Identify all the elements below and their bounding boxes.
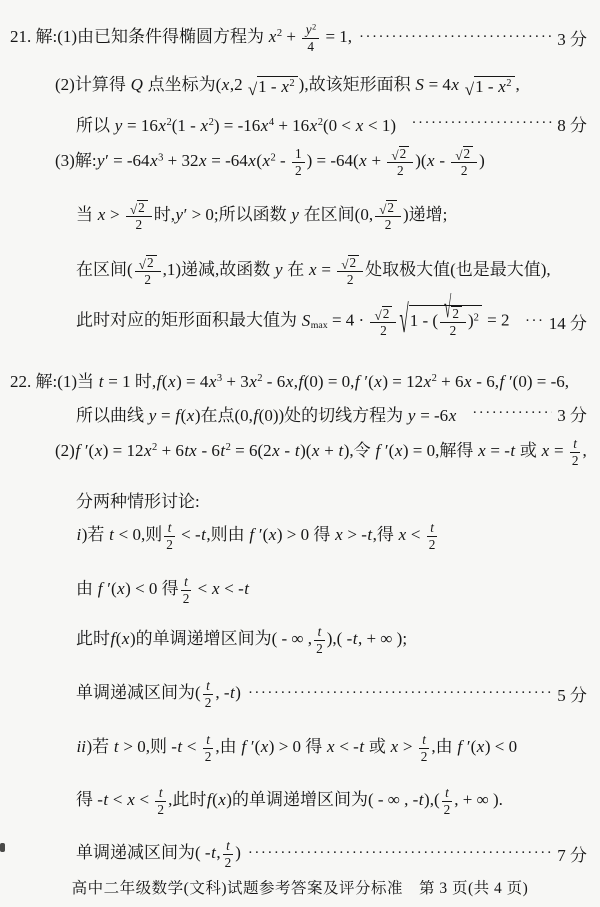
dotted-leader: ········································…	[412, 115, 553, 132]
line-content: i)若 t < 0,则t2 < -t,则由 f ′(x) > 0 得 x > -…	[76, 520, 439, 552]
page-footer: 高中二年级数学(文科)试题参考答案及评分标准 第 3 页(共 4 页)	[0, 876, 600, 898]
dotted-leader: ········································…	[248, 845, 552, 862]
line-content: 22. 解:(1)当 t = 1 时,f(x) = 4x3 + 3x2 - 6x…	[10, 367, 569, 392]
answer-line: 由 f ′(x) < 0 得t2 < x < -t	[76, 574, 587, 606]
line-content: 21. 解:(1)由已知条件得椭圆方程为 x2 + y24 = 1,	[10, 22, 352, 54]
line-content: 在区间(√22,1)递减,故函数 y 在 x = √22处取极大值(也是最大值)…	[76, 255, 551, 287]
line-content: (2)f ′(x) = 12x2 + 6tx - 6t2 = 6(2x - t)…	[55, 436, 587, 468]
answer-line: 21. 解:(1)由已知条件得椭圆方程为 x2 + y24 = 1,······…	[10, 22, 587, 54]
line-content: 得 -t < x < t2,此时f(x)的单调递增区间为( - ∞ , -t),…	[76, 785, 503, 817]
answer-line: 此时对应的矩形面积最大值为 Smax = 4 · √22√1 - (√22)2 …	[76, 305, 587, 338]
dotted-leader: ········································…	[525, 313, 544, 330]
dotted-leader: ········································…	[359, 29, 552, 46]
answer-line: (2)f ′(x) = 12x2 + 6tx - 6t2 = 6(2x - t)…	[55, 436, 587, 468]
line-content: 此时对应的矩形面积最大值为 Smax = 4 · √22√1 - (√22)2 …	[76, 305, 518, 338]
line-content: 所以曲线 y = f(x)在点(0,f(0))处的切线方程为 y = -6x	[76, 401, 465, 426]
line-content: ii)若 t > 0,则 -t < t2,由 f ′(x) > 0 得 x < …	[76, 732, 517, 764]
answer-line: (2)计算得 Q 点坐标为(x,2 √1 - x2),故该矩形面积 S = 4x…	[55, 70, 587, 97]
score-label: 3 分	[557, 401, 587, 426]
dotted-leader: ········································…	[248, 685, 552, 702]
answer-line: 此时f(x)的单调递增区间为( - ∞ ,t2),( -t, + ∞ );	[76, 624, 587, 656]
footer-text: 高中二年级数学(文科)试题参考答案及评分标准 第 3 页(共 4 页)	[72, 880, 529, 897]
score-label: 8 分	[557, 111, 587, 136]
score-label: 7 分	[557, 841, 587, 866]
line-content: 此时f(x)的单调递增区间为( - ∞ ,t2),( -t, + ∞ );	[76, 624, 407, 656]
line-content: 单调递减区间为( -t,t2)	[76, 838, 241, 870]
answer-line: 单调递减区间为(t2, -t)·························…	[76, 678, 587, 710]
exam-answer-page: 21. 解:(1)由已知条件得椭圆方程为 x2 + y24 = 1,······…	[0, 0, 600, 907]
dotted-leader: ········································…	[472, 405, 552, 422]
line-content: 由 f ′(x) < 0 得t2 < x < -t	[76, 574, 249, 606]
answer-line: 得 -t < x < t2,此时f(x)的单调递增区间为( - ∞ , -t),…	[76, 785, 587, 817]
answer-line: 所以 y = 16x2(1 - x2) = -16x4 + 16x2(0 < x…	[76, 111, 587, 136]
answer-line: 在区间(√22,1)递减,故函数 y 在 x = √22处取极大值(也是最大值)…	[76, 255, 587, 287]
line-content: 单调递减区间为(t2, -t)	[76, 678, 241, 710]
answer-line: i)若 t < 0,则t2 < -t,则由 f ′(x) > 0 得 x > -…	[76, 520, 587, 552]
answer-line: 分两种情形讨论:	[76, 487, 587, 512]
answer-line: ii)若 t > 0,则 -t < t2,由 f ′(x) > 0 得 x < …	[76, 732, 587, 764]
scan-artifact-mark	[0, 843, 5, 852]
answer-line: 所以曲线 y = f(x)在点(0,f(0))处的切线方程为 y = -6x ·…	[76, 401, 587, 426]
score-label: 5 分	[557, 681, 587, 706]
answer-line: (3)解:y′ = -64x3 + 32x = -64x(x2 - 12) = …	[55, 146, 587, 178]
score-label: 14 分	[549, 309, 587, 334]
answer-line: 当 x > √22时,y′ > 0;所以函数 y 在区间(0,√22)递增;	[76, 200, 587, 232]
line-content: (3)解:y′ = -64x3 + 32x = -64x(x2 - 12) = …	[55, 146, 485, 178]
score-label: 3 分	[557, 25, 587, 50]
line-content: 所以 y = 16x2(1 - x2) = -16x4 + 16x2(0 < x…	[76, 111, 405, 136]
line-content: 当 x > √22时,y′ > 0;所以函数 y 在区间(0,√22)递增;	[76, 200, 447, 232]
answer-line: 单调递减区间为( -t,t2)·························…	[76, 838, 587, 870]
answer-line: 22. 解:(1)当 t = 1 时,f(x) = 4x3 + 3x2 - 6x…	[10, 367, 587, 392]
line-content: 分两种情形讨论:	[76, 487, 200, 512]
line-content: (2)计算得 Q 点坐标为(x,2 √1 - x2),故该矩形面积 S = 4x…	[55, 70, 520, 97]
